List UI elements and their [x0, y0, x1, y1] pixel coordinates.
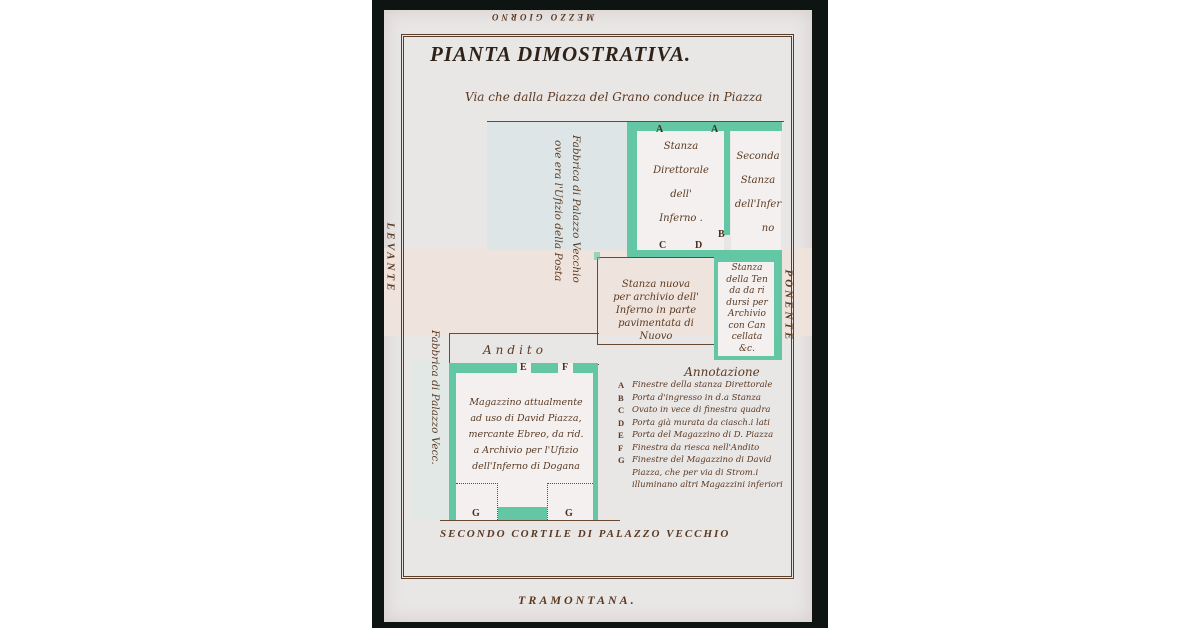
- wall-top: [627, 122, 782, 131]
- legend-item: BPorta d'ingresso in d.a Stanza: [618, 392, 796, 405]
- label-fabbrica-left: Fabbrica di Palazzo Vecc.: [429, 330, 441, 465]
- wall-bottom-magazzino: [498, 507, 547, 520]
- legend-title: Annotazione: [648, 365, 796, 379]
- marker-f: F: [562, 362, 568, 373]
- wall-left-direttorale: [627, 122, 637, 252]
- compass-east-label: LEVANTE: [384, 223, 396, 294]
- label-stanza-nuova: Stanza nuova per archivio dell' Inferno …: [600, 278, 712, 343]
- legend-item: COvato in vece di finestra quadra: [618, 404, 796, 417]
- page-title: PIANTA DIMOSTRATIVA.: [430, 42, 691, 67]
- label-stanza-direttorale: Stanza Direttorale dell' Inferno .: [640, 135, 722, 231]
- marker-g-2: G: [565, 508, 573, 519]
- wall-left-magazzino: [449, 363, 456, 520]
- wall-bottom-direttorale: [627, 250, 782, 257]
- marker-g-1: G: [472, 508, 480, 519]
- wall-partition: [724, 130, 730, 235]
- marker-c: C: [659, 240, 666, 251]
- street-label: Via che dalla Piazza del Grano conduce i…: [465, 89, 762, 106]
- label-fabbrica-posta-2: ove era l'Ufizio della Posta: [552, 140, 564, 281]
- legend-item: DPorta già murata da ciasch.i lati: [618, 417, 796, 430]
- legend-item: AFinestre della stanza Direttorale: [618, 379, 796, 392]
- label-andito: Andito: [470, 338, 560, 362]
- label-magazzino: Magazzino attualmente ad uso di David Pi…: [458, 395, 594, 475]
- compass-south-label: MEZZO GIORNO: [489, 12, 594, 22]
- courtyard-label: SECONDO CORTILE DI PALAZZO VECCHIO: [440, 528, 730, 540]
- legend-item: EPorta del Magazzino di D. Piazza: [618, 429, 796, 442]
- wall-corner: [594, 252, 600, 260]
- courtyard-edge-line: [440, 520, 620, 521]
- legend-item: GFinestre del Magazzino di David Piazza,…: [618, 454, 796, 492]
- marker-d: D: [695, 240, 702, 251]
- legend-item: FFinestra da riesca nell'Andito: [618, 442, 796, 455]
- marker-a-1: A: [656, 124, 663, 135]
- marker-e: E: [520, 362, 527, 373]
- label-fabbrica-posta-1: Fabbrica di Palazzo Vecchio: [570, 135, 582, 283]
- marker-a-2: A: [711, 124, 718, 135]
- label-seconda-stanza: Seconda Stanza dell'Infer no: [732, 145, 784, 241]
- compass-north-label: TRAMONTANA.: [518, 593, 637, 608]
- marker-b: B: [718, 229, 725, 240]
- compass-west-label: PONENTE: [782, 270, 794, 343]
- label-stanza-tenda: Stanza della Ten da da ri dursi per Arch…: [718, 263, 776, 355]
- annotation-legend: Annotazione AFinestre della stanza Diret…: [618, 365, 796, 492]
